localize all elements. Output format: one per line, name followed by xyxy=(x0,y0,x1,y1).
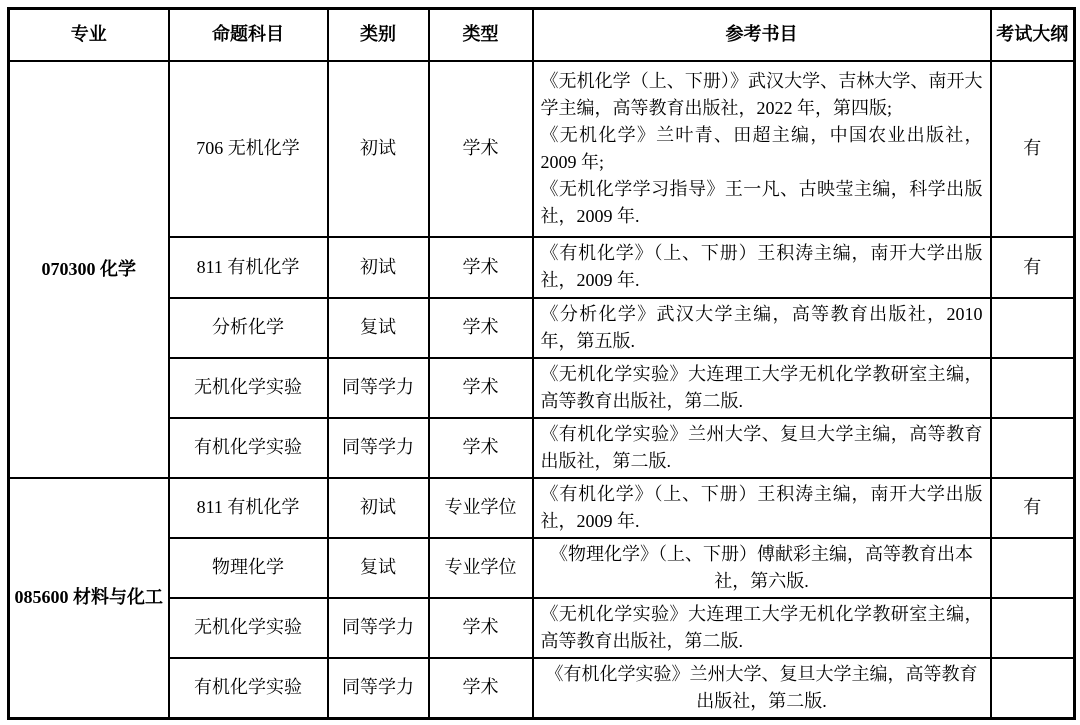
syllabus-cell xyxy=(991,538,1075,598)
type-cell: 专业学位 xyxy=(429,538,533,598)
document-page: 专业 命题科目 类别 类型 参考书目 考试大纲 070300 化学 706 无机… xyxy=(0,0,1080,725)
category-cell: 同等学力 xyxy=(328,658,429,719)
table-row: 物理化学 复试 专业学位 《物理化学》（上、下册）傅献彩主编，高等教育出本社，第… xyxy=(9,538,1075,598)
syllabus-cell xyxy=(991,598,1075,658)
syllabus-cell: 有 xyxy=(991,237,1075,298)
references-cell: 《分析化学》武汉大学主编，高等教育出版社，2010 年，第五版. xyxy=(533,298,991,358)
subject-cell: 有机化学实验 xyxy=(169,658,328,719)
references-cell: 《有机化学》（上、下册）王积涛主编，南开大学出版社，2009 年. xyxy=(533,237,991,298)
subject-cell: 无机化学实验 xyxy=(169,598,328,658)
subject-cell: 分析化学 xyxy=(169,298,328,358)
syllabus-cell xyxy=(991,658,1075,719)
table-row: 分析化学 复试 学术 《分析化学》武汉大学主编，高等教育出版社，2010 年，第… xyxy=(9,298,1075,358)
references-cell: 《有机化学实验》兰州大学、复旦大学主编，高等教育出版社，第二版. xyxy=(533,658,991,719)
table-row: 070300 化学 706 无机化学 初试 学术 《无机化学（上、下册）》武汉大… xyxy=(9,61,1075,237)
reference-entry: 《分析化学》武汉大学主编，高等教育出版社，2010 年，第五版. xyxy=(541,301,983,355)
col-header-category: 类别 xyxy=(328,9,429,61)
reference-entry: 《无机化学学习指导》王一凡、古映莹主编，科学出版社，2009 年. xyxy=(541,176,983,230)
reference-entry: 《有机化学》（上、下册）王积涛主编，南开大学出版社，2009 年. xyxy=(541,481,983,535)
category-cell: 同等学力 xyxy=(328,598,429,658)
type-cell: 专业学位 xyxy=(429,478,533,538)
table-row: 无机化学实验 同等学力 学术 《无机化学实验》大连理工大学无机化学教研室主编，高… xyxy=(9,358,1075,418)
reference-entry: 《有机化学实验》兰州大学、复旦大学主编，高等教育出版社，第二版. xyxy=(541,661,983,715)
col-header-references: 参考书目 xyxy=(533,9,991,61)
table-row: 有机化学实验 同等学力 学术 《有机化学实验》兰州大学、复旦大学主编，高等教育出… xyxy=(9,658,1075,719)
category-cell: 初试 xyxy=(328,61,429,237)
category-cell: 复试 xyxy=(328,538,429,598)
type-cell: 学术 xyxy=(429,598,533,658)
major-cell: 085600 材料与化工 xyxy=(9,478,169,719)
syllabus-cell xyxy=(991,298,1075,358)
references-cell: 《有机化学实验》兰州大学、复旦大学主编，高等教育出版社，第二版. xyxy=(533,418,991,478)
col-header-type: 类型 xyxy=(429,9,533,61)
header-row: 专业 命题科目 类别 类型 参考书目 考试大纲 xyxy=(9,9,1075,61)
reference-entry: 《无机化学》兰叶青、田超主编，中国农业出版社，2009 年; xyxy=(541,122,983,176)
table-row: 811 有机化学 初试 学术 《有机化学》（上、下册）王积涛主编，南开大学出版社… xyxy=(9,237,1075,298)
subject-cell: 无机化学实验 xyxy=(169,358,328,418)
reference-entry: 《无机化学实验》大连理工大学无机化学教研室主编，高等教育出版社，第二版. xyxy=(541,361,983,415)
references-cell: 《无机化学（上、下册）》武汉大学、吉林大学、南开大学主编，高等教育出版社，202… xyxy=(533,61,991,237)
type-cell: 学术 xyxy=(429,418,533,478)
references-cell: 《有机化学》（上、下册）王积涛主编，南开大学出版社，2009 年. xyxy=(533,478,991,538)
col-header-subject: 命题科目 xyxy=(169,9,328,61)
references-cell: 《物理化学》（上、下册）傅献彩主编，高等教育出本社，第六版. xyxy=(533,538,991,598)
reference-entry: 《物理化学》（上、下册）傅献彩主编，高等教育出本社，第六版. xyxy=(541,541,983,595)
syllabus-cell: 有 xyxy=(991,61,1075,237)
type-cell: 学术 xyxy=(429,358,533,418)
reference-entry: 《无机化学（上、下册）》武汉大学、吉林大学、南开大学主编，高等教育出版社，202… xyxy=(541,68,983,122)
category-cell: 初试 xyxy=(328,478,429,538)
col-header-major: 专业 xyxy=(9,9,169,61)
syllabus-cell xyxy=(991,358,1075,418)
type-cell: 学术 xyxy=(429,298,533,358)
subject-cell: 706 无机化学 xyxy=(169,61,328,237)
major-cell: 070300 化学 xyxy=(9,61,169,478)
category-cell: 初试 xyxy=(328,237,429,298)
syllabus-cell xyxy=(991,418,1075,478)
type-cell: 学术 xyxy=(429,237,533,298)
type-cell: 学术 xyxy=(429,658,533,719)
reference-entry: 《有机化学实验》兰州大学、复旦大学主编，高等教育出版社，第二版. xyxy=(541,421,983,475)
table-row: 无机化学实验 同等学力 学术 《无机化学实验》大连理工大学无机化学教研室主编，高… xyxy=(9,598,1075,658)
type-cell: 学术 xyxy=(429,61,533,237)
subject-cell: 物理化学 xyxy=(169,538,328,598)
subject-cell: 有机化学实验 xyxy=(169,418,328,478)
category-cell: 同等学力 xyxy=(328,418,429,478)
table-row: 085600 材料与化工 811 有机化学 初试 专业学位 《有机化学》（上、下… xyxy=(9,478,1075,538)
table-row: 有机化学实验 同等学力 学术 《有机化学实验》兰州大学、复旦大学主编，高等教育出… xyxy=(9,418,1075,478)
subject-cell: 811 有机化学 xyxy=(169,478,328,538)
references-cell: 《无机化学实验》大连理工大学无机化学教研室主编，高等教育出版社，第二版. xyxy=(533,598,991,658)
exam-reference-table: 专业 命题科目 类别 类型 参考书目 考试大纲 070300 化学 706 无机… xyxy=(7,7,1076,720)
category-cell: 复试 xyxy=(328,298,429,358)
col-header-syllabus: 考试大纲 xyxy=(991,9,1075,61)
syllabus-cell: 有 xyxy=(991,478,1075,538)
reference-entry: 《有机化学》（上、下册）王积涛主编，南开大学出版社，2009 年. xyxy=(541,240,983,294)
category-cell: 同等学力 xyxy=(328,358,429,418)
subject-cell: 811 有机化学 xyxy=(169,237,328,298)
references-cell: 《无机化学实验》大连理工大学无机化学教研室主编，高等教育出版社，第二版. xyxy=(533,358,991,418)
reference-entry: 《无机化学实验》大连理工大学无机化学教研室主编，高等教育出版社，第二版. xyxy=(541,601,983,655)
